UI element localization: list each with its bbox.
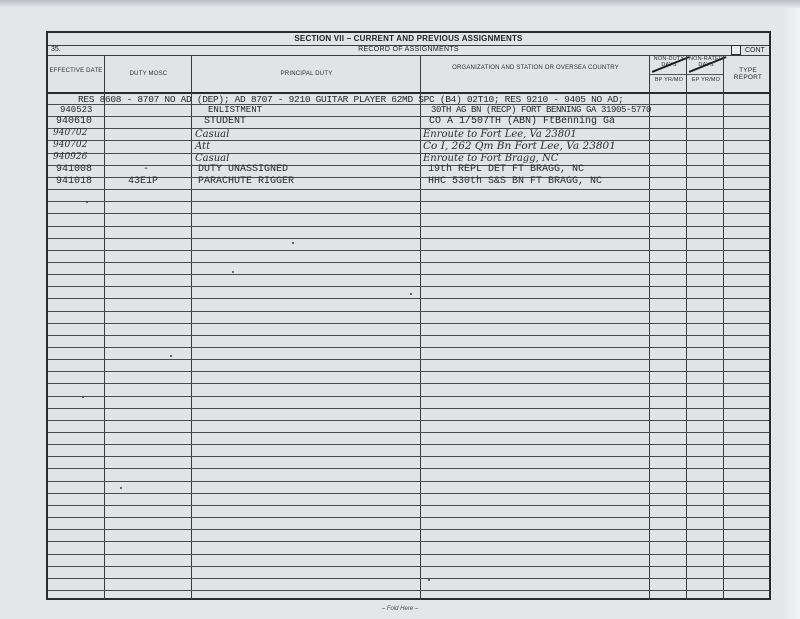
row-line <box>48 383 769 384</box>
header-organization: ORGANIZATION AND STATION OR OVERSEA COUN… <box>448 65 623 72</box>
row-line <box>48 153 769 154</box>
row-line <box>48 140 769 141</box>
row-duty-handwritten: Att <box>195 141 210 152</box>
row-date-handwritten: 940702 <box>53 128 87 139</box>
header-effective-date: EFFECTIVE DATE <box>48 68 104 75</box>
row-duty: DUTY UNASSIGNED <box>198 164 288 175</box>
scan-speck <box>232 271 234 273</box>
scan-speck <box>82 396 84 398</box>
row-line <box>48 371 769 372</box>
divider <box>650 74 724 75</box>
scan-speck <box>410 293 412 295</box>
row-line <box>48 323 769 324</box>
row-line <box>48 481 769 482</box>
cont-checkbox[interactable] <box>731 45 741 55</box>
row-line <box>48 541 769 542</box>
row-date: 940523 <box>60 105 92 116</box>
row-line <box>48 128 769 129</box>
column-line <box>191 55 192 600</box>
row-line <box>48 274 769 275</box>
summary-line: RES 8608 - 8707 NO AD (DEP); AD 8707 - 9… <box>78 94 624 105</box>
row-line <box>48 408 769 409</box>
row-line <box>48 456 769 457</box>
row-line <box>48 396 769 397</box>
scan-speck <box>170 355 172 357</box>
row-line <box>48 517 769 518</box>
row-org: 19th REPL DET FT BRAGG, NC <box>428 164 584 175</box>
row-line <box>48 262 769 263</box>
row-date-handwritten: 940702 <box>53 140 87 151</box>
row-line <box>48 213 769 214</box>
row-date-handwritten: 940926 <box>53 152 87 163</box>
paper-right-edge <box>782 8 800 619</box>
row-org-handwritten: Enroute to Fort Lee, Va 23801 <box>423 129 577 140</box>
row-line <box>48 116 769 117</box>
header-principal-duty: PRINCIPAL DUTY <box>193 71 420 78</box>
row-line <box>48 335 769 336</box>
row-line <box>48 165 769 166</box>
row-date: 941008 <box>56 164 92 175</box>
row-line <box>48 505 769 506</box>
section-title: SECTION VII – CURRENT AND PREVIOUS ASSIG… <box>48 33 769 45</box>
row-line <box>48 298 769 299</box>
row-org-handwritten: Enroute to Fort Bragg, NC <box>423 153 558 164</box>
row-line <box>48 420 769 421</box>
row-line <box>48 189 769 190</box>
scan-speck <box>292 242 294 244</box>
row-duty: ENLISTMENT <box>208 105 262 116</box>
row-line <box>48 347 769 348</box>
header-ep-yrmo: EP YR/MO <box>688 77 724 83</box>
scan-speck <box>120 487 122 489</box>
row-line <box>48 250 769 251</box>
row-line <box>48 444 769 445</box>
fold-here-label: – Fold Here – <box>0 606 800 612</box>
scan-speck <box>86 201 88 203</box>
header-duty-mosc: DUTY MOSC <box>105 71 192 78</box>
column-line <box>649 55 650 600</box>
row-line <box>48 590 769 591</box>
assignments-form: SECTION VII – CURRENT AND PREVIOUS ASSIG… <box>46 31 771 600</box>
row-duty: PARACHUTE RIGGER <box>198 176 294 187</box>
scan-speck <box>428 579 430 581</box>
row-org: HHC 530th S&S BN FT BRAGG, NC <box>428 176 602 187</box>
header-type-report: TYPE REPORT <box>725 67 771 81</box>
row-line <box>48 359 769 360</box>
row-line <box>48 578 769 579</box>
row-line <box>48 432 769 433</box>
row-date: 941018 <box>56 176 92 187</box>
row-line <box>48 468 769 469</box>
header-bp-yrmo: BP YR/MO <box>651 77 687 83</box>
row-org: 30TH AG BN (RECP) FORT BENNING GA 31905-… <box>431 105 651 116</box>
row-line <box>48 554 769 555</box>
row-mosc: - <box>143 164 149 175</box>
record-title: RECORD OF ASSIGNMENTS <box>48 45 769 55</box>
column-line <box>104 55 105 600</box>
row-line <box>48 529 769 530</box>
row-org: CO A 1/507TH (ABN) FtBenning Ga <box>429 116 615 127</box>
row-line <box>48 286 769 287</box>
row-mosc: 43E1P <box>128 176 158 187</box>
column-line <box>420 55 421 600</box>
row-date: 940610 <box>56 116 92 127</box>
row-line <box>48 566 769 567</box>
column-line <box>723 55 724 600</box>
column-line <box>686 55 687 600</box>
row-line <box>48 238 769 239</box>
scan-top-edge <box>0 0 800 8</box>
row-org-handwritten: Co I, 262 Qm Bn Fort Lee, Va 23801 <box>423 141 616 152</box>
row-line <box>48 311 769 312</box>
row-line <box>48 493 769 494</box>
row-duty: STUDENT <box>204 116 246 127</box>
row-line <box>48 201 769 202</box>
row-duty-handwritten: Casual <box>195 153 229 164</box>
row-duty-handwritten: Casual <box>195 129 229 140</box>
row-line <box>48 226 769 227</box>
